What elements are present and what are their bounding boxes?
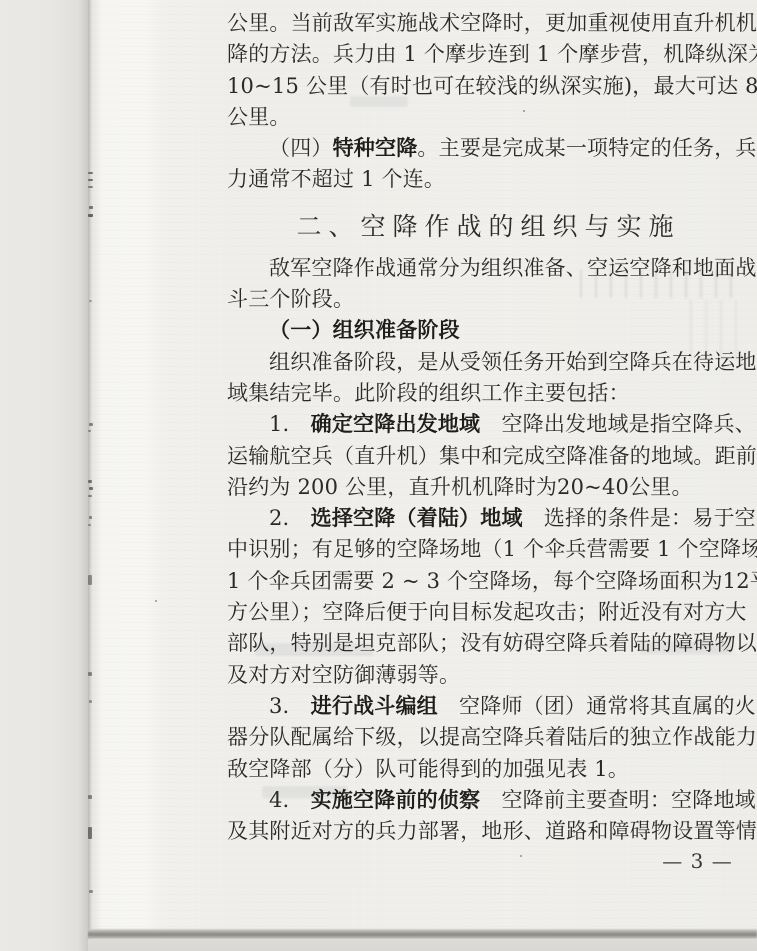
text-line: 组织准备阶段，是从受领任务开始到空降兵在待运地 — [227, 347, 750, 378]
bold-text-run: 选择空降（着陆）地域 — [311, 506, 523, 530]
text-line: 及其附近对方的兵力部署，地形、道路和障碍物设置等情 — [227, 816, 750, 847]
text-run: 4. — [269, 788, 311, 812]
bold-text-run: 进行战斗编组 — [311, 694, 438, 718]
gutter-fragment — [89, 890, 93, 893]
text-line: 敌空降部（分）队可能得到的加强见表 1。 — [227, 754, 750, 785]
text-run: 运输航空兵（直升机）集中和完成空降准备的地域。距前 — [227, 444, 757, 468]
text-line: 2. 选择空降（着陆）地域 选择的条件是：易于空 — [227, 503, 750, 534]
text-line: 力通常不超过 1 个连。 — [227, 164, 750, 195]
paragraph-block-1: 公里。当前敌军实施战术空降时，更加重视使用直升机机降的方法。兵力由 1 个摩步连… — [227, 8, 750, 196]
gutter-fragment — [88, 575, 92, 585]
bold-text-run: （一）组织准备阶段 — [269, 318, 460, 342]
text-line: 斗三个阶段。 — [227, 284, 750, 315]
gutter-fragment — [88, 172, 93, 174]
text-line: 域集结完毕。此阶段的组织工作主要包括： — [227, 378, 750, 409]
gutter-fragment — [88, 524, 91, 526]
gutter-fragment — [88, 430, 91, 432]
text-line: 3. 进行战斗编组 空降师（团）通常将其直属的火 — [227, 691, 750, 722]
gutter-fragment — [89, 300, 92, 302]
page-number: — 3 — — [645, 849, 750, 873]
text-run: 部队，特别是坦克部队；没有妨碍空降兵着陆的障碍物以 — [227, 631, 757, 655]
text-line: 公里。 — [227, 102, 750, 133]
gutter-fragment — [88, 186, 93, 188]
gutter-fragment — [88, 480, 92, 483]
text-run: 组织准备阶段，是从受领任务开始到空降兵在待运地 — [269, 350, 757, 374]
text-line: 运输航空兵（直升机）集中和完成空降准备的地域。距前 — [227, 441, 750, 472]
gutter-fragment — [89, 516, 92, 519]
text-run: 及其附近对方的兵力部署，地形、道路和障碍物设置等情 — [227, 819, 757, 843]
text-run: 降的方法。兵力由 1 个摩步连到 1 个摩步营，机降纵深为 — [227, 42, 757, 66]
text-run: 及对方对空防御薄弱等。 — [227, 663, 460, 687]
bold-text-run: 特种空降 — [333, 136, 418, 160]
text-run: 中识别；有足够的空降场地（1 个伞兵营需要 1 个空降场， — [227, 537, 757, 561]
text-run: 敌空降部（分）队可能得到的加强见表 1。 — [227, 757, 629, 781]
text-line: 沿约为 200 公里，直升机机降时为20~40公里。 — [227, 472, 750, 503]
text-line: 10~15 公里（有时也可在较浅的纵深实施)，最大可达 80 — [227, 71, 750, 102]
text-line: 部队，特别是坦克部队；没有妨碍空降兵着陆的障碍物以 — [227, 628, 750, 659]
text-run: 敌军空降作战通常分为组织准备、空运空降和地面战 — [269, 256, 757, 280]
text-run: 。主要是完成某一项特定的任务，兵 — [417, 136, 756, 160]
gutter-fragment — [89, 700, 92, 703]
text-line: （一）组织准备阶段 — [227, 315, 750, 346]
gutter-fragment — [89, 206, 93, 209]
paragraph-block-2: 敌军空降作战通常分为组织准备、空运空降和地面战斗三个阶段。（一）组织准备阶段组织… — [227, 253, 750, 848]
text-run: 1. — [269, 412, 311, 436]
gutter-fragment — [88, 179, 93, 181]
text-line: 4. 实施空降前的侦察 空降前主要查明：空降地域 — [227, 785, 750, 816]
gutter-fragment — [88, 214, 93, 217]
paper-speck — [155, 600, 157, 602]
gutter-fragment — [88, 672, 92, 676]
text-run: 空降前主要查明：空降地域 — [480, 788, 756, 812]
text-column: 公里。当前敌军实施战术空降时，更加重视使用直升机机降的方法。兵力由 1 个摩步连… — [227, 8, 750, 847]
text-run: 域集结完毕。此阶段的组织工作主要包括： — [227, 381, 630, 405]
text-run: 空降出发地域是指空降兵、 — [480, 412, 756, 436]
gutter-fragment — [89, 487, 93, 490]
text-run: 2. — [269, 506, 311, 530]
gutter-fragment — [88, 795, 92, 799]
text-run: 斗三个阶段。 — [227, 287, 354, 311]
text-run: 3. — [269, 694, 311, 718]
bold-text-run: 确定空降出发地域 — [311, 412, 481, 436]
bold-text-run: 实施空降前的侦察 — [311, 788, 481, 812]
scanner-margin — [0, 0, 90, 951]
text-line: 及对方对空防御薄弱等。 — [227, 660, 750, 691]
text-line: 中识别；有足够的空降场地（1 个伞兵营需要 1 个空降场， — [227, 534, 750, 565]
text-run: 选择的条件是：易于空 — [523, 506, 756, 530]
text-run: （四） — [269, 136, 333, 160]
page-bottom-shadow — [88, 939, 757, 951]
text-line: 降的方法。兵力由 1 个摩步连到 1 个摩步营，机降纵深为 — [227, 39, 750, 70]
text-line: 1. 确定空降出发地域 空降出发地域是指空降兵、 — [227, 409, 750, 440]
text-run: 1 个伞兵团需要 2 ~ 3 个空降场，每个空降场面积为12平 — [227, 569, 757, 593]
text-line: 器分队配属给下级，以提高空降兵着陆后的独立作战能力。 — [227, 722, 750, 753]
text-line: 方公里）；空降后便于向目标发起攻击；附近没有对方大 — [227, 597, 750, 628]
text-run: 方公里）；空降后便于向目标发起攻击；附近没有对方大 — [227, 600, 747, 624]
page-bottom-edge — [88, 929, 757, 939]
text-run: 力通常不超过 1 个连。 — [227, 167, 445, 191]
book-page-scan: 公里。当前敌军实施战术空降时，更加重视使用直升机机降的方法。兵力由 1 个摩步连… — [0, 0, 757, 951]
gutter-fragment — [88, 827, 92, 839]
gutter-fragment — [88, 495, 92, 497]
text-run: 空降师（团）通常将其直属的火 — [438, 694, 756, 718]
text-run: 10~15 公里（有时也可在较浅的纵深实施)，最大可达 80 — [227, 74, 757, 98]
paper-speck — [520, 855, 522, 857]
text-line: 1 个伞兵团需要 2 ~ 3 个空降场，每个空降场面积为12平 — [227, 566, 750, 597]
gutter-fragment — [89, 423, 93, 426]
text-line: 敌军空降作战通常分为组织准备、空运空降和地面战 — [227, 253, 750, 284]
text-line: 公里。当前敌军实施战术空降时，更加重视使用直升机机 — [227, 8, 750, 39]
text-run: 器分队配属给下级，以提高空降兵着陆后的独立作战能力。 — [227, 725, 757, 749]
text-run: 沿约为 200 公里，直升机机降时为20~40公里。 — [227, 475, 693, 499]
text-run: 公里。 — [227, 105, 291, 129]
section-heading: 二、空降作战的组织与实施 — [227, 209, 750, 245]
text-line: （四）特种空降。主要是完成某一项特定的任务，兵 — [227, 133, 750, 164]
text-run: 公里。当前敌军实施战术空降时，更加重视使用直升机机 — [227, 11, 757, 35]
